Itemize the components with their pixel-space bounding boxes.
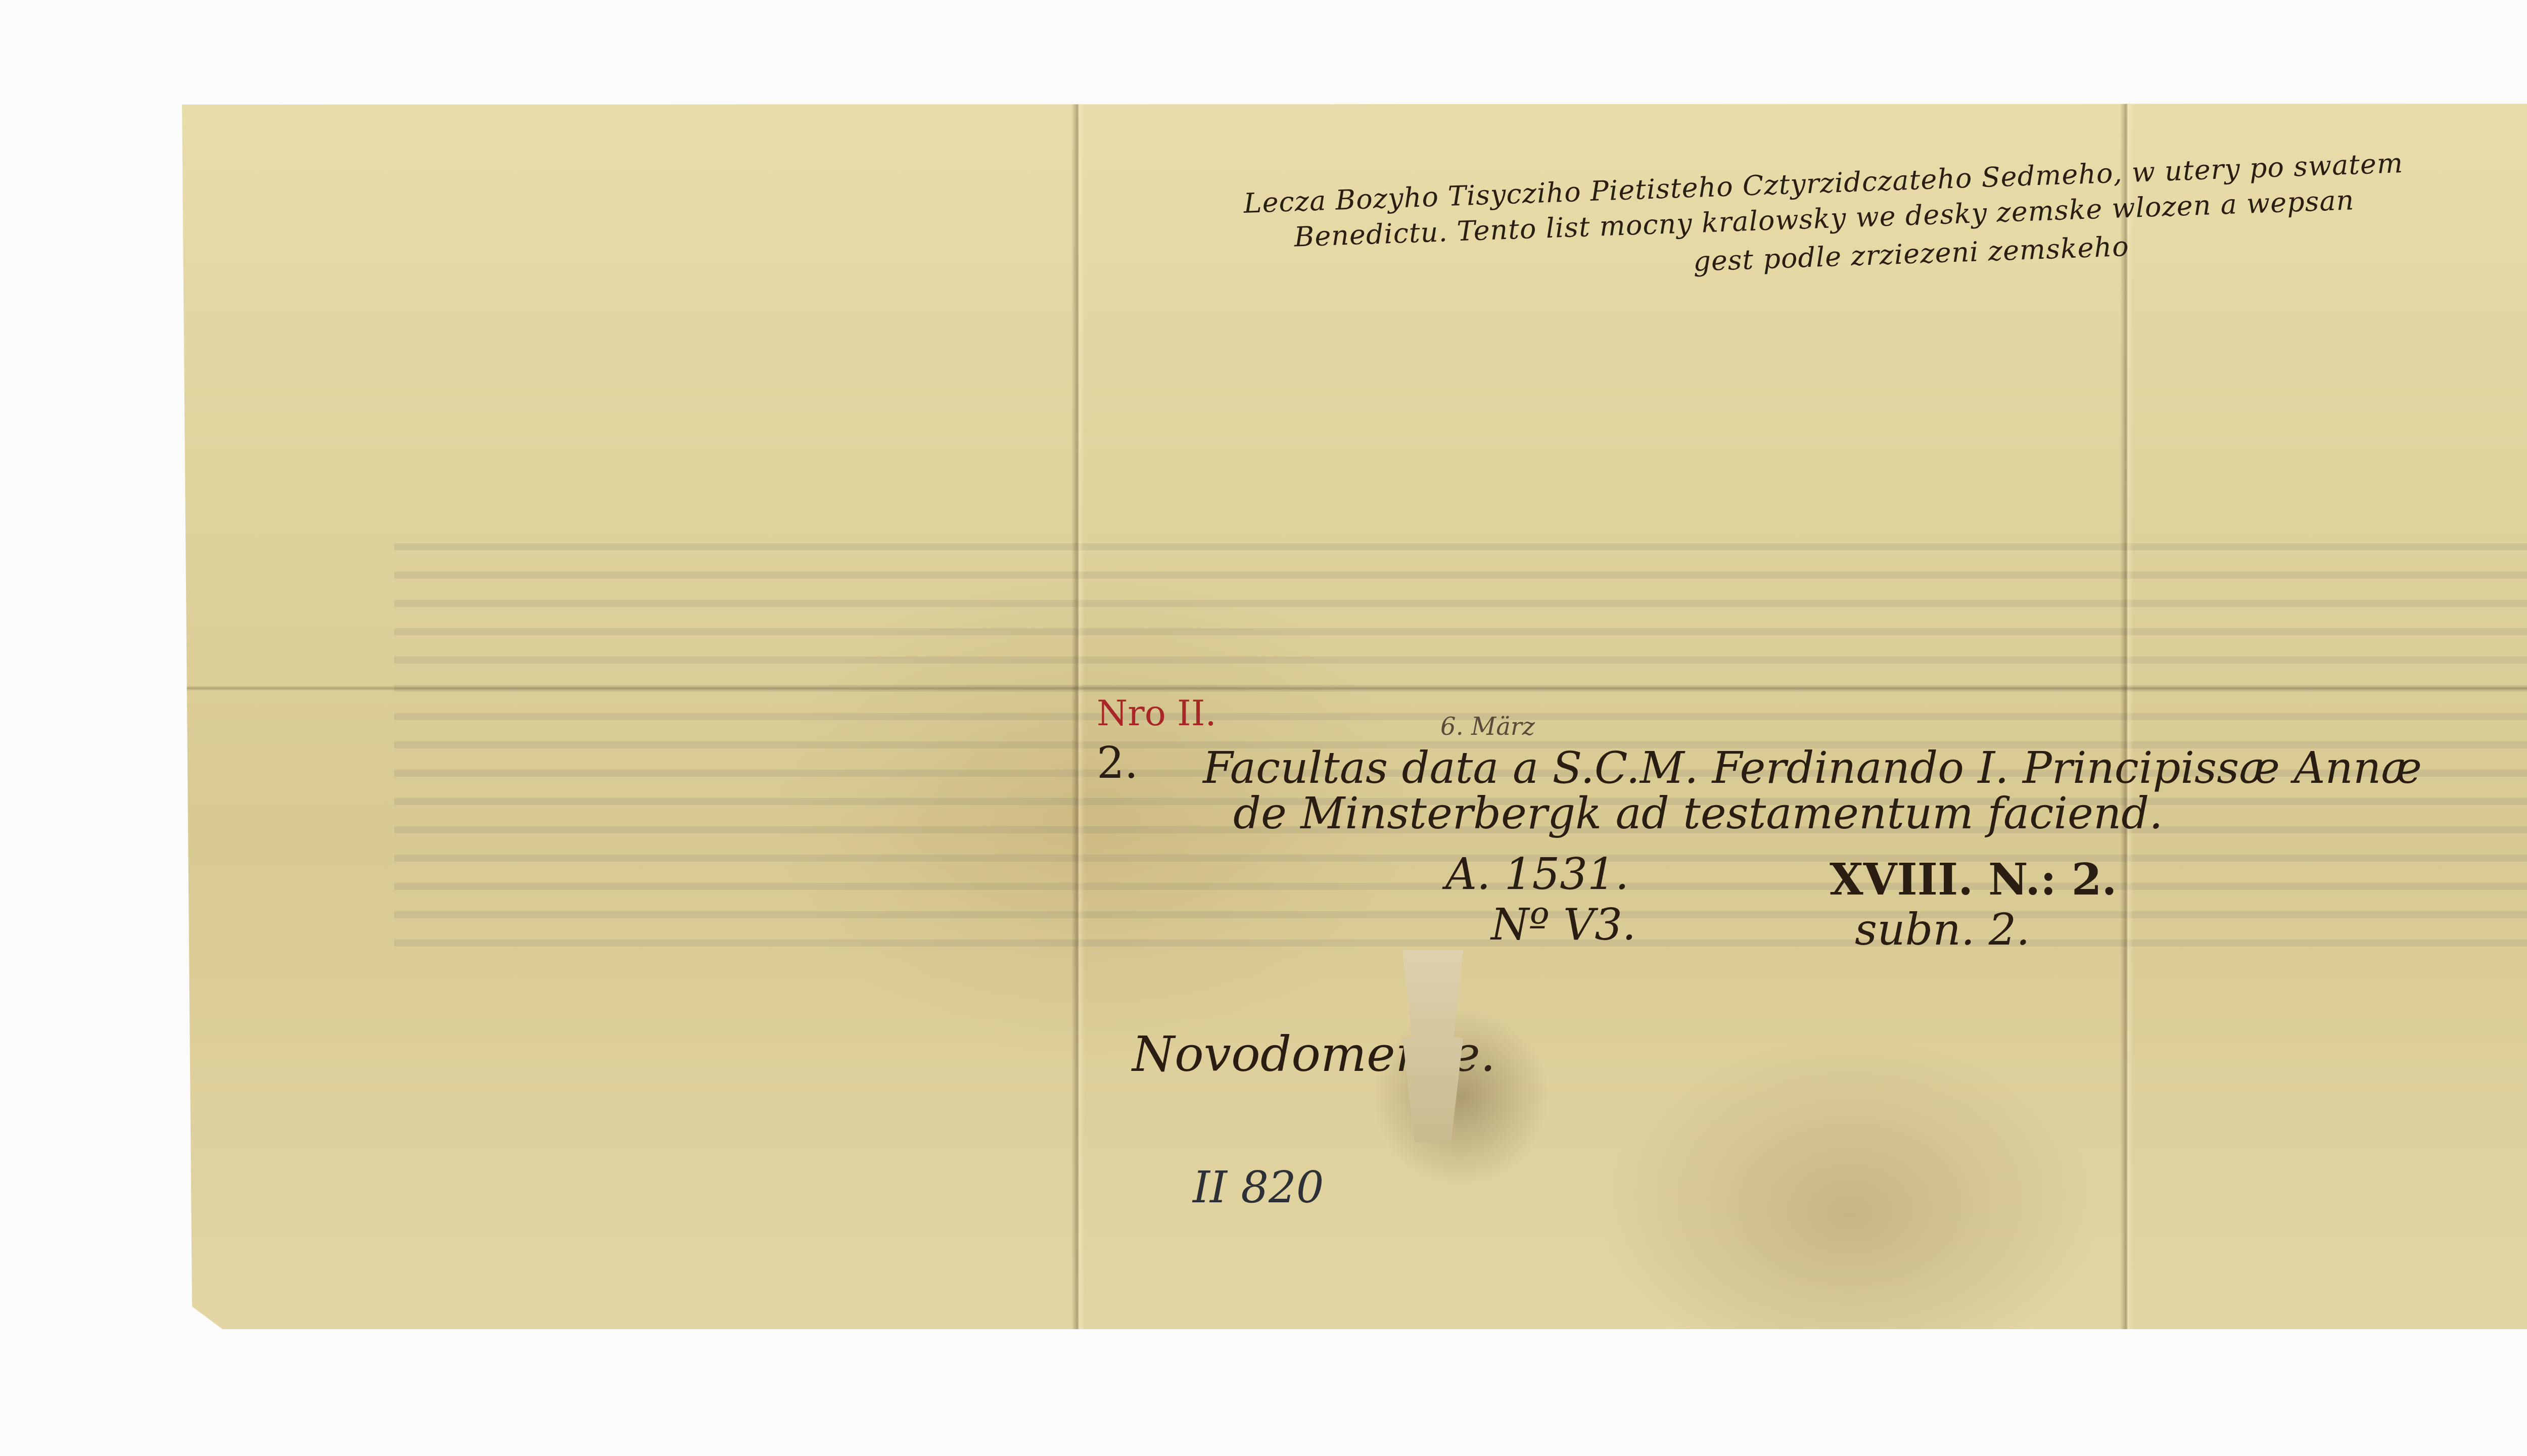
- shelf-mark-left: Nº V3.: [1491, 900, 1636, 950]
- parchment-document: [182, 104, 2527, 1329]
- year-note: A. 1531.: [1445, 849, 1629, 900]
- seal-tag: [1402, 950, 1463, 1142]
- archive-number: II 820: [1193, 1162, 1324, 1213]
- red-archive-mark: Nro II.: [1097, 692, 1216, 734]
- seal-tag-shadow: [1365, 1001, 1557, 1193]
- shelf-mark-right: XVIII. N.: 2.: [1830, 854, 2117, 905]
- summary-line-2: de Minsterbergk ad testamentum faciend.: [1233, 788, 2163, 839]
- summary-line-1: Facultas data a S.C.M. Ferdinando I. Pri…: [1203, 743, 2422, 793]
- fold-line-horizontal: [182, 686, 2527, 691]
- fold-line-left: [1071, 104, 1085, 1329]
- shelf-mark-sub: subn. 2.: [1855, 905, 2030, 955]
- fold-line-right: [2120, 104, 2133, 1329]
- item-number: 2.: [1097, 738, 1138, 788]
- date-note: 6. März: [1440, 713, 1535, 741]
